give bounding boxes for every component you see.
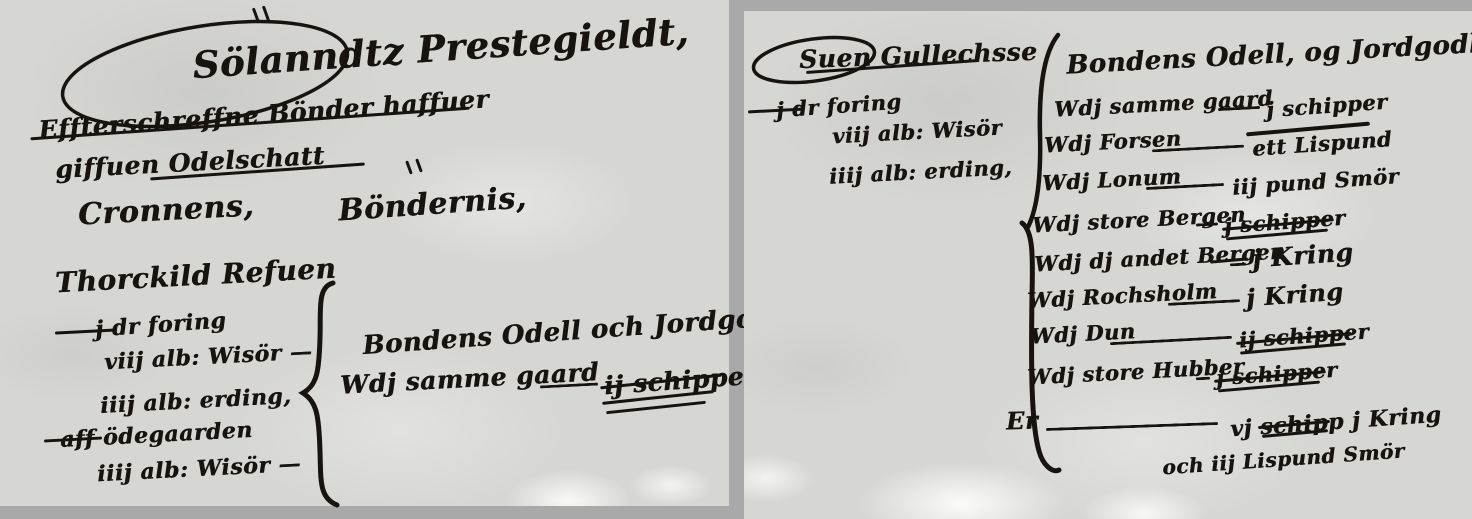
entry-name: Suen Gullechsse — [799, 39, 1038, 72]
subtitle-line2a: giffuen — [54, 150, 160, 184]
entry-line: viij alb: Wisör — — [104, 341, 313, 374]
ledger-row-label: Wdj store Hubber — [1027, 355, 1245, 387]
ledger-row-amount: iij pund Smör — [1231, 165, 1399, 198]
curly-brace — [295, 280, 340, 508]
ledger-row-label: Wdj Rochsholm — [1027, 280, 1218, 311]
flourish-mark — [262, 5, 270, 21]
ledger-dash — [1046, 422, 1218, 431]
entry-line: aff ödegaarden — [60, 419, 254, 451]
ledger-continuation: och iij Lispund Smör — [1162, 441, 1406, 478]
left-page: Sölanndtz Prestegieldt, Effterschreffne … — [0, 0, 729, 506]
manuscript-scan: Sölanndtz Prestegieldt, Effterschreffne … — [0, 0, 1472, 519]
entry-line: iiij alb: erding, — [829, 156, 1013, 187]
entry-name: Thorckild Refuen — [54, 255, 336, 298]
right-page: Suen Gullechsse j dr foring viij alb: Wi… — [744, 11, 1472, 519]
flourish-mark — [252, 7, 260, 23]
flourish-mark — [415, 158, 423, 172]
flourish-mark — [405, 160, 413, 174]
ledger-dash — [1230, 263, 1246, 267]
entry-line: viij alb: Wisör — [832, 117, 1003, 147]
ledger-row-label: Wdj dj andet Bergen — [1034, 240, 1286, 274]
ledger-row-label: Wdj store Bergen — [1032, 203, 1247, 235]
column-header-crown: Cronnens, — [77, 191, 254, 230]
ledger-sum-label: Er — [1006, 408, 1039, 433]
odel-heading: Bondens Odell och Jordgods, — [362, 303, 798, 359]
ledger-row-label: Wdj Lonum — [1042, 165, 1182, 193]
odel-row-label: Wdj samme gaard — [340, 359, 600, 398]
page-title: Sölanndtz Prestegieldt, — [191, 13, 690, 85]
ledger-row-amount: j schipper — [1265, 91, 1388, 120]
entry-line: iiij alb: erding, — [100, 385, 292, 417]
entry-line: j dr foring — [775, 91, 902, 121]
column-header-farmers: Böndernis, — [337, 183, 527, 226]
ledger-row-label: Wdj samme gaard — [1054, 87, 1274, 119]
entry-line: iiij alb: Wisör — — [97, 453, 302, 486]
entry-line: j dr foring — [94, 309, 226, 340]
list-title: Bondens Odell, og Jordgodhs, — [1066, 29, 1472, 78]
ledger-row-amount: j Kring — [1245, 280, 1344, 311]
ledger-row-amount: j Kring — [1251, 239, 1354, 271]
